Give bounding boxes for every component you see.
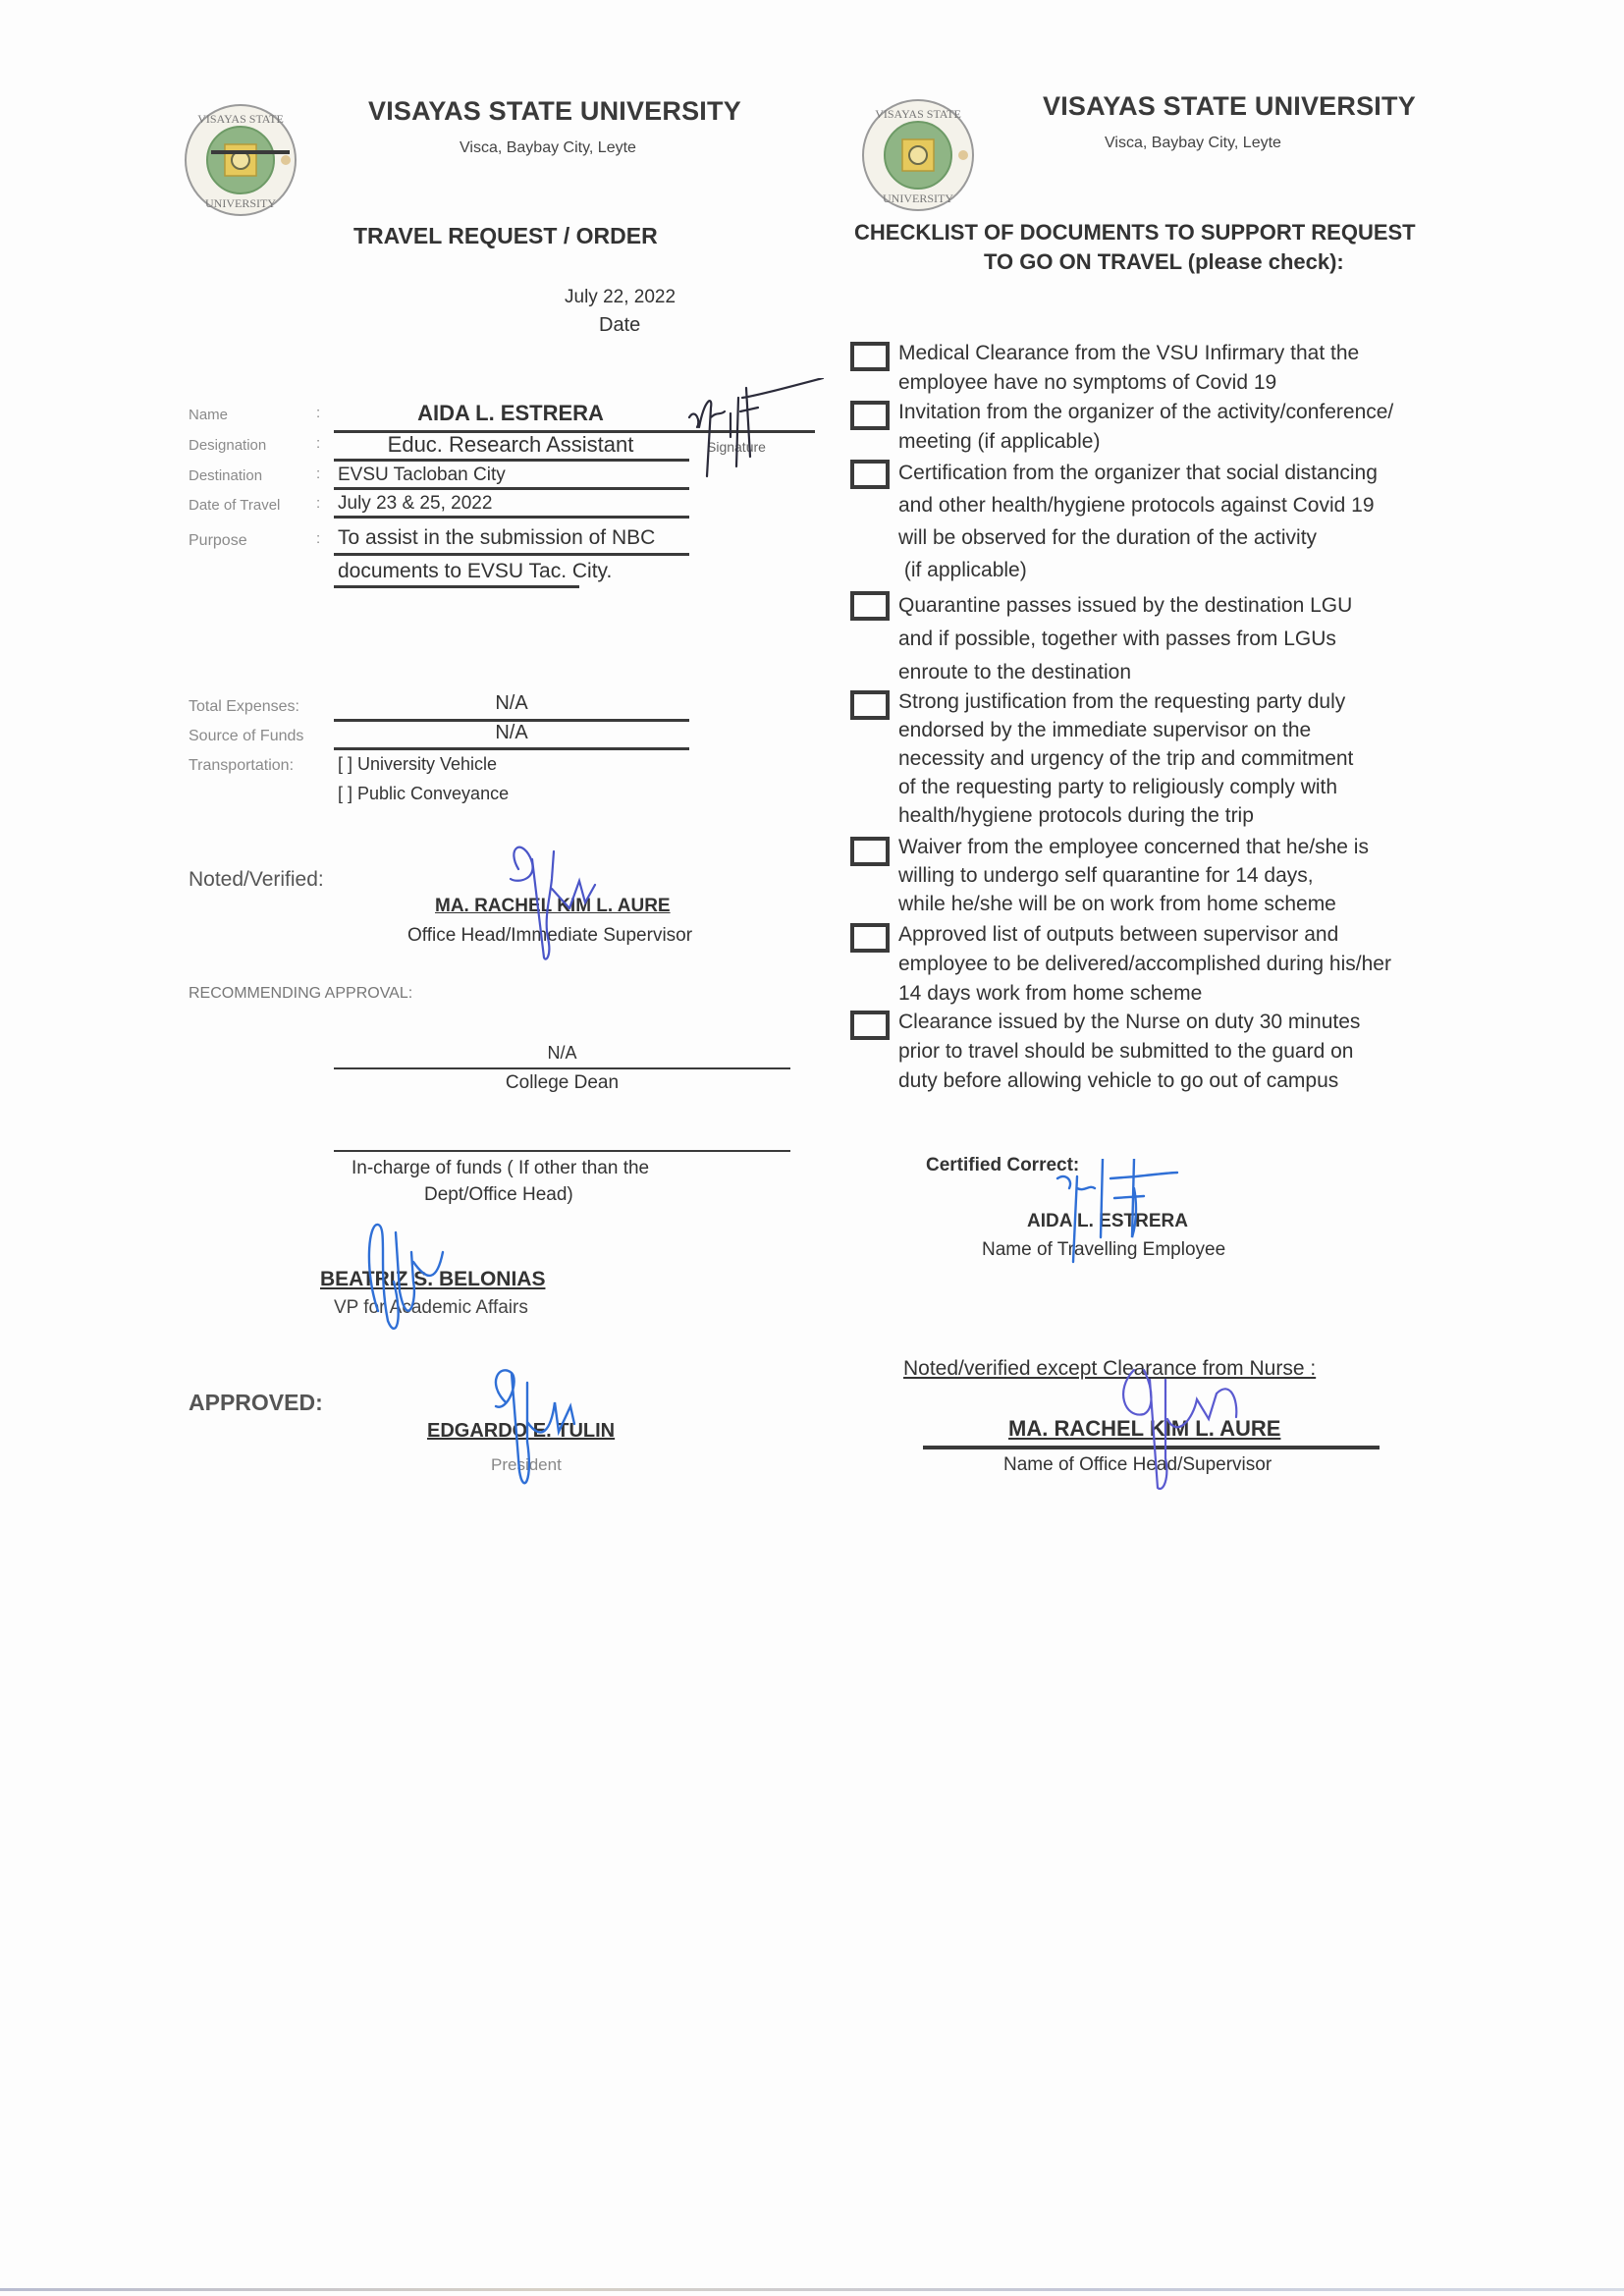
colon: : [316, 405, 320, 421]
president-role: President [491, 1455, 562, 1475]
form-title: TRAVEL REQUEST / ORDER [353, 223, 658, 249]
total-expenses-field[interactable]: N/A [334, 692, 689, 715]
transport-option-university-vehicle[interactable]: [ ] University Vehicle [338, 754, 497, 775]
date-of-travel-underline [334, 516, 689, 519]
total-expenses-label: Total Expenses: [189, 698, 299, 716]
scan-edge [0, 2288, 1624, 2291]
dean-signature-line [334, 1067, 790, 1069]
checkbox-approved-outputs[interactable] [850, 923, 890, 953]
university-name: VISAYAS STATE UNIVERSITY [368, 96, 741, 127]
signature-label: Signature [707, 439, 766, 455]
designation-underline [334, 459, 689, 462]
source-of-funds-field[interactable]: N/A [334, 722, 689, 744]
checkbox-medical-clearance[interactable] [850, 342, 890, 371]
certified-correct-label: Certified Correct: [926, 1155, 1079, 1176]
university-logo: VISAYAS STATE UNIVERSITY [182, 101, 299, 219]
checklist-item-strong-justification: Strong justification from the requesting… [898, 687, 1458, 830]
university-logo-right: VISAYAS STATE UNIVERSITY [859, 96, 977, 214]
in-charge-signature-line [334, 1150, 790, 1152]
travelling-employee-name: AIDA L. ESTRERA [1027, 1211, 1188, 1232]
university-address: Visca, Baybay City, Leyte [460, 139, 636, 157]
source-of-funds-underline [334, 747, 689, 750]
university-name-right: VISAYAS STATE UNIVERSITY [1043, 91, 1416, 122]
approved-label: APPROVED: [189, 1390, 323, 1416]
destination-underline [334, 487, 689, 490]
purpose-underline-2 [334, 585, 579, 588]
checkbox-nurse-clearance[interactable] [850, 1011, 890, 1040]
vp-role: VP for Academic Affairs [334, 1297, 528, 1319]
checklist-item-quarantine-passes: Quarantine passes issued by the destinat… [898, 589, 1458, 689]
checklist-item-approved-outputs: Approved list of outputs between supervi… [898, 920, 1488, 1009]
name-field[interactable]: AIDA L. ESTRERA [334, 401, 687, 426]
svg-text:UNIVERSITY: UNIVERSITY [883, 191, 953, 205]
checkbox-invitation[interactable] [850, 401, 890, 430]
designation-label: Designation [189, 437, 266, 454]
request-date: July 22, 2022 [565, 287, 676, 308]
checklist-title-line-2: TO GO ON TRAVEL (please check): [984, 249, 1344, 275]
in-charge-role-line-2: Dept/Office Head) [424, 1184, 573, 1206]
date-label: Date [599, 314, 640, 337]
checklist-item-nurse-clearance: Clearance issued by the Nurse on duty 30… [898, 1008, 1458, 1096]
purpose-underline-1 [334, 553, 689, 556]
noted-verified-label: Noted/Verified: [189, 868, 324, 892]
office-head-name: MA. RACHEL KIM L. AURE [1008, 1416, 1280, 1442]
date-of-travel-label: Date of Travel [189, 497, 280, 514]
destination-label: Destination [189, 467, 262, 484]
president-name: EDGARDO E. TULIN [427, 1420, 615, 1443]
colon: : [316, 495, 320, 512]
svg-text:VISAYAS STATE: VISAYAS STATE [197, 112, 284, 126]
source-of-funds-label: Source of Funds [189, 728, 303, 745]
svg-text:UNIVERSITY: UNIVERSITY [205, 196, 276, 210]
noted-except-label: Noted/verified except Clearance from Nur… [903, 1357, 1316, 1381]
in-charge-role-line-1: In-charge of funds ( If other than the [352, 1158, 649, 1179]
checkbox-waiver[interactable] [850, 837, 890, 866]
purpose-line-2[interactable]: documents to EVSU Tac. City. [338, 560, 612, 583]
dean-value: N/A [334, 1043, 790, 1064]
checklist-title-line-1: CHECKLIST OF DOCUMENTS TO SUPPORT REQUES… [854, 220, 1416, 246]
transport-option-public-conveyance[interactable]: [ ] Public Conveyance [338, 784, 509, 804]
checklist-item-waiver: Waiver from the employee concerned that … [898, 833, 1458, 918]
checkbox-certification[interactable] [850, 460, 890, 489]
checkbox-quarantine-passes[interactable] [850, 591, 890, 621]
checklist-item-medical-clearance: Medical Clearance from the VSU Infirmary… [898, 339, 1458, 398]
office-head-role: Name of Office Head/Supervisor [1003, 1454, 1272, 1476]
travelling-employee-role: Name of Travelling Employee [982, 1239, 1225, 1261]
name-label: Name [189, 407, 228, 423]
purpose-line-1[interactable]: To assist in the submission of NBC [338, 526, 655, 550]
supervisor-name: MA. RACHEL KIM L. AURE [435, 896, 671, 917]
university-address-right: Visca, Baybay City, Leyte [1105, 135, 1281, 152]
supervisor-role: Office Head/Immediate Supervisor [407, 925, 692, 947]
destination-field[interactable]: EVSU Tacloban City [338, 465, 506, 486]
checklist-item-certification: Certification from the organizer that so… [898, 457, 1458, 586]
checkbox-strong-justification[interactable] [850, 690, 890, 720]
office-head-signature-line [923, 1446, 1380, 1449]
svg-text:VISAYAS STATE: VISAYAS STATE [875, 107, 961, 121]
purpose-label: Purpose [189, 532, 247, 550]
transportation-label: Transportation: [189, 757, 294, 775]
date-of-travel-field[interactable]: July 23 & 25, 2022 [338, 493, 492, 515]
designation-field[interactable]: Educ. Research Assistant [334, 432, 687, 458]
recommending-approval-label: RECOMMENDING APPROVAL: [189, 985, 412, 1003]
colon: : [316, 465, 320, 482]
colon: : [316, 435, 320, 452]
vp-name: BEATRIZ S. BELONIAS [320, 1268, 545, 1291]
colon: : [316, 530, 320, 547]
checklist-item-invitation: Invitation from the organizer of the act… [898, 398, 1488, 457]
dean-role: College Dean [334, 1072, 790, 1094]
